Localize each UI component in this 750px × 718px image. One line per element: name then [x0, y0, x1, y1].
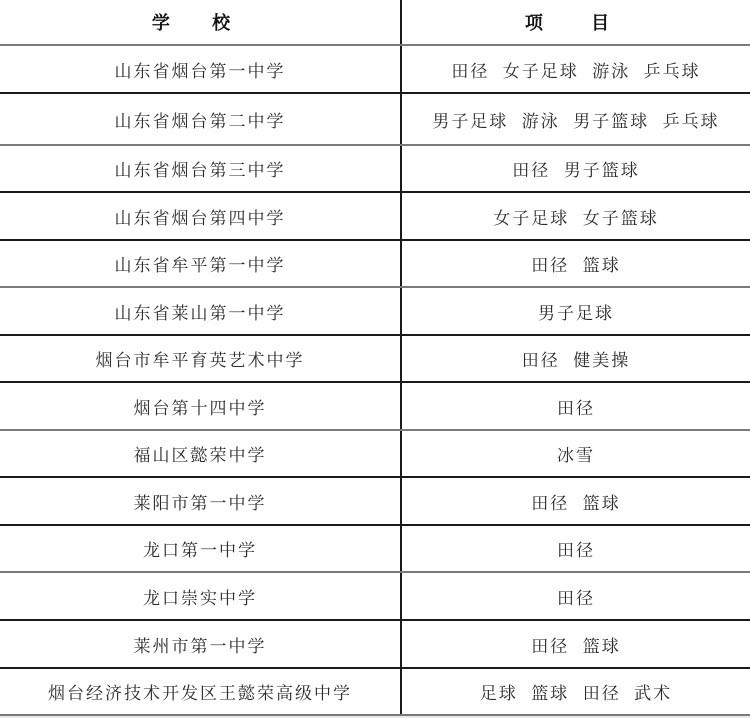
- school-cell: 山东省莱山第一中学: [0, 288, 402, 334]
- school-cell: 山东省烟台第一中学: [0, 46, 402, 92]
- table-row: 龙口第一中学 田径: [0, 526, 750, 573]
- items-cell: 田径 健美操: [402, 336, 750, 381]
- items-cell: 冰雪: [402, 431, 750, 476]
- school-cell: 烟台第十四中学: [0, 383, 402, 429]
- schools-sports-table: 学 校 项 目 山东省烟台第一中学 田径 女子足球 游泳 乒乓球 山东省烟台第二…: [0, 0, 750, 716]
- table-row: 山东省烟台第三中学 田径 男子篮球: [0, 146, 750, 193]
- table-row: 烟台市牟平育英艺术中学 田径 健美操: [0, 336, 750, 383]
- school-cell: 山东省烟台第三中学: [0, 146, 402, 191]
- items-cell: 田径 女子足球 游泳 乒乓球: [402, 46, 750, 92]
- school-cell: 莱阳市第一中学: [0, 478, 402, 524]
- items-cell: 足球 篮球 田径 武术: [402, 669, 750, 714]
- table-row: 山东省烟台第二中学 男子足球 游泳 男子篮球 乒乓球: [0, 94, 750, 146]
- school-cell: 龙口崇实中学: [0, 573, 402, 619]
- school-cell: 龙口第一中学: [0, 526, 402, 571]
- items-cell: 田径: [402, 383, 750, 429]
- table-row: 山东省莱山第一中学 男子足球: [0, 288, 750, 336]
- table-row: 龙口崇实中学 田径: [0, 573, 750, 621]
- table-row: 山东省牟平第一中学 田径 篮球: [0, 241, 750, 288]
- school-cell: 山东省牟平第一中学: [0, 241, 402, 286]
- table-row: 烟台第十四中学 田径: [0, 383, 750, 431]
- table-row: 福山区懿荣中学 冰雪: [0, 431, 750, 478]
- school-cell: 山东省烟台第二中学: [0, 94, 402, 144]
- table-row: 山东省烟台第一中学 田径 女子足球 游泳 乒乓球: [0, 46, 750, 94]
- school-cell: 莱州市第一中学: [0, 621, 402, 667]
- items-cell: 男子足球: [402, 288, 750, 334]
- items-cell: 男子足球 游泳 男子篮球 乒乓球: [402, 94, 750, 144]
- items-cell: 女子足球 女子篮球: [402, 193, 750, 239]
- header-items: 项 目: [402, 0, 750, 44]
- items-cell: 田径 篮球: [402, 241, 750, 286]
- school-cell: 山东省烟台第四中学: [0, 193, 402, 239]
- table-row: 山东省烟台第四中学 女子足球 女子篮球: [0, 193, 750, 241]
- table-row: 莱州市第一中学 田径 篮球: [0, 621, 750, 669]
- items-cell: 田径: [402, 573, 750, 619]
- school-cell: 烟台经济技术开发区王懿荣高级中学: [0, 669, 402, 714]
- table-row: 莱阳市第一中学 田径 篮球: [0, 478, 750, 526]
- school-cell: 烟台市牟平育英艺术中学: [0, 336, 402, 381]
- table-row: 烟台经济技术开发区王懿荣高级中学 足球 篮球 田径 武术: [0, 669, 750, 716]
- items-cell: 田径 篮球: [402, 621, 750, 667]
- items-cell: 田径 篮球: [402, 478, 750, 524]
- items-cell: 田径 男子篮球: [402, 146, 750, 191]
- items-cell: 田径: [402, 526, 750, 571]
- header-school: 学 校: [0, 0, 402, 44]
- school-cell: 福山区懿荣中学: [0, 431, 402, 476]
- table-header-row: 学 校 项 目: [0, 0, 750, 46]
